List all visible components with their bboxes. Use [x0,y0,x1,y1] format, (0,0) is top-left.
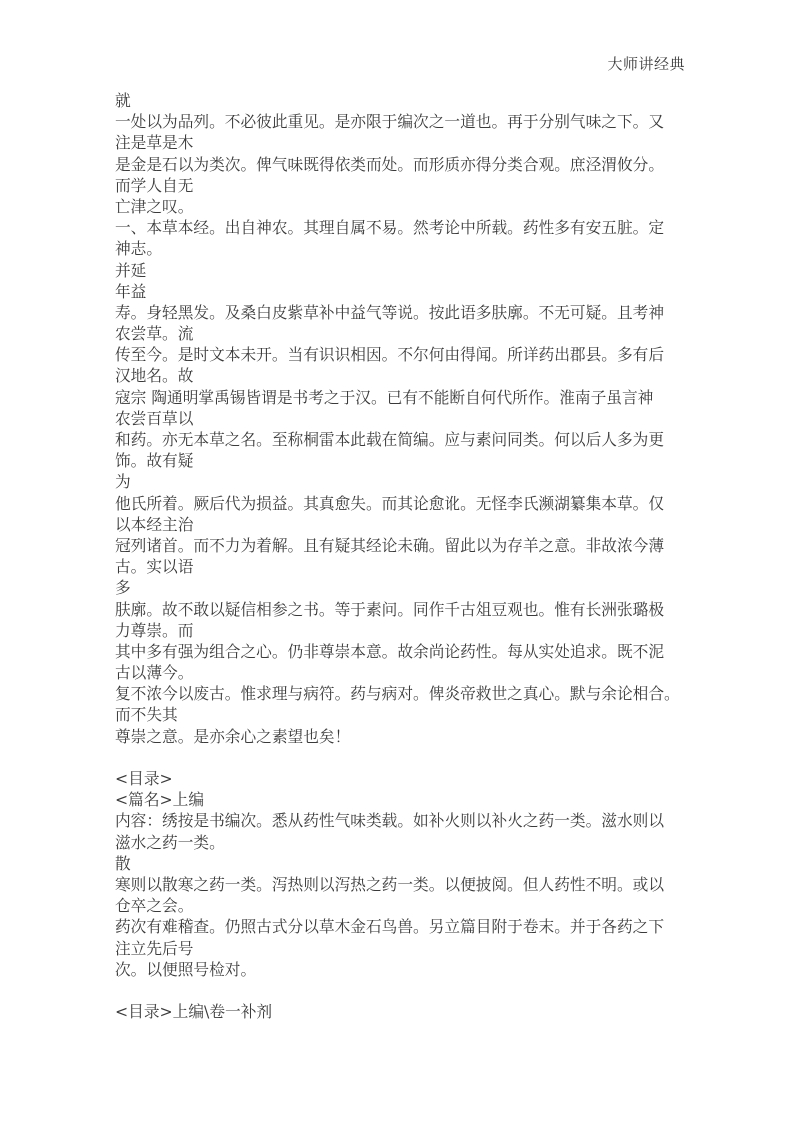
text-line: 注立先后号 [115,938,755,959]
text-line: 神志。 [115,238,755,259]
text-line: 力尊崇。而 [115,620,755,641]
text-line: 为 [115,471,755,492]
text-line: 寒则以散寒之药一类。泻热则以泻热之药一类。以便披阅。但人药性不明。或以 [115,874,755,895]
text-line: 一、本草本经。出自神农。其理自属不易。然考论中所载。药性多有安五脏。定 [115,217,755,238]
text-line: 内容：绣按是书编次。悉从药性气味类载。如补火则以补火之药一类。滋水则以 [115,810,755,831]
text-line: 亡津之叹。 [115,196,755,217]
text-line: 肤廓。故不敢以疑信相参之书。等于素问。同作千古俎豆观也。惟有长洲张璐极 [115,599,755,620]
text-line: 就 [115,90,755,111]
text-line: 农尝草。流 [115,323,755,344]
text-line: 滋水之药一类。 [115,832,755,853]
text-line: 尊崇之意。是亦余心之素望也矣！ [115,726,755,747]
text-line: 古以薄今。 [115,662,755,683]
text-line: 仓卒之会。 [115,895,755,916]
text-line: 冠列诸首。而不力为着解。且有疑其经论未确。留此以为存羊之意。非故浓今薄 [115,535,755,556]
text-line [115,980,755,1001]
text-line: 散 [115,853,755,874]
text-line: 而不失其 [115,704,755,725]
text-line: 药次有难稽查。仍照古式分以草木金石鸟兽。另立篇目附于卷末。并于各药之下 [115,916,755,937]
text-line: 以本经主治 [115,514,755,535]
text-line: 饰。故有疑 [115,450,755,471]
text-line [115,747,755,768]
text-line: 并延 [115,260,755,281]
text-line: 一处以为品列。不必彼此重见。是亦限于编次之一道也。再于分别气味之下。又 [115,111,755,132]
text-line: 汉地名。故 [115,365,755,386]
document-body: 就一处以为品列。不必彼此重见。是亦限于编次之一道也。再于分别气味之下。又注是草是… [115,90,755,1022]
text-line: 年益 [115,281,755,302]
document-page: 大师讲经典 就一处以为品列。不必彼此重见。是亦限于编次之一道也。再于分别气味之下… [0,0,793,1122]
text-line: 寿。身轻黑发。及桑白皮紫草补中益气等说。按此语多肤廓。不无可疑。且考神 [115,302,755,323]
text-line: <目录> [115,768,755,789]
text-line: 其中多有强为组合之心。仍非尊崇本意。故余尚论药性。每从实处追求。既不泥 [115,641,755,662]
text-line: <篇名>上编 [115,789,755,810]
text-line: 多 [115,577,755,598]
text-line: 复不浓今以废古。惟求理与病符。药与病对。俾炎帝救世之真心。默与余论相合。 [115,683,755,704]
text-line: 农尝百草以 [115,408,755,429]
text-line: 传至今。是时文本未开。当有识识相因。不尔何由得闻。所详药出郡县。多有后 [115,344,755,365]
text-line: 是金是石以为类次。俾气味既得依类而处。而形质亦得分类合观。庶泾渭攸分。 [115,154,755,175]
page-header: 大师讲经典 [607,55,685,73]
text-line: 而学人自无 [115,175,755,196]
text-line: <目录>上编\卷一补剂 [115,1001,755,1022]
text-line: 次。以便照号检对。 [115,959,755,980]
text-line: 他氏所着。厥后代为损益。其真愈失。而其论愈讹。无怪李氏濒湖纂集本草。仅 [115,493,755,514]
text-line: 和药。亦无本草之名。至称桐雷本此载在简编。应与素问同类。何以后人多为更 [115,429,755,450]
text-line: 古。实以语 [115,556,755,577]
text-line: 注是草是木 [115,132,755,153]
text-line: 寇宗 陶通明掌禹锡皆谓是书考之于汉。已有不能断自何代所作。淮南子虽言神 [115,387,755,408]
